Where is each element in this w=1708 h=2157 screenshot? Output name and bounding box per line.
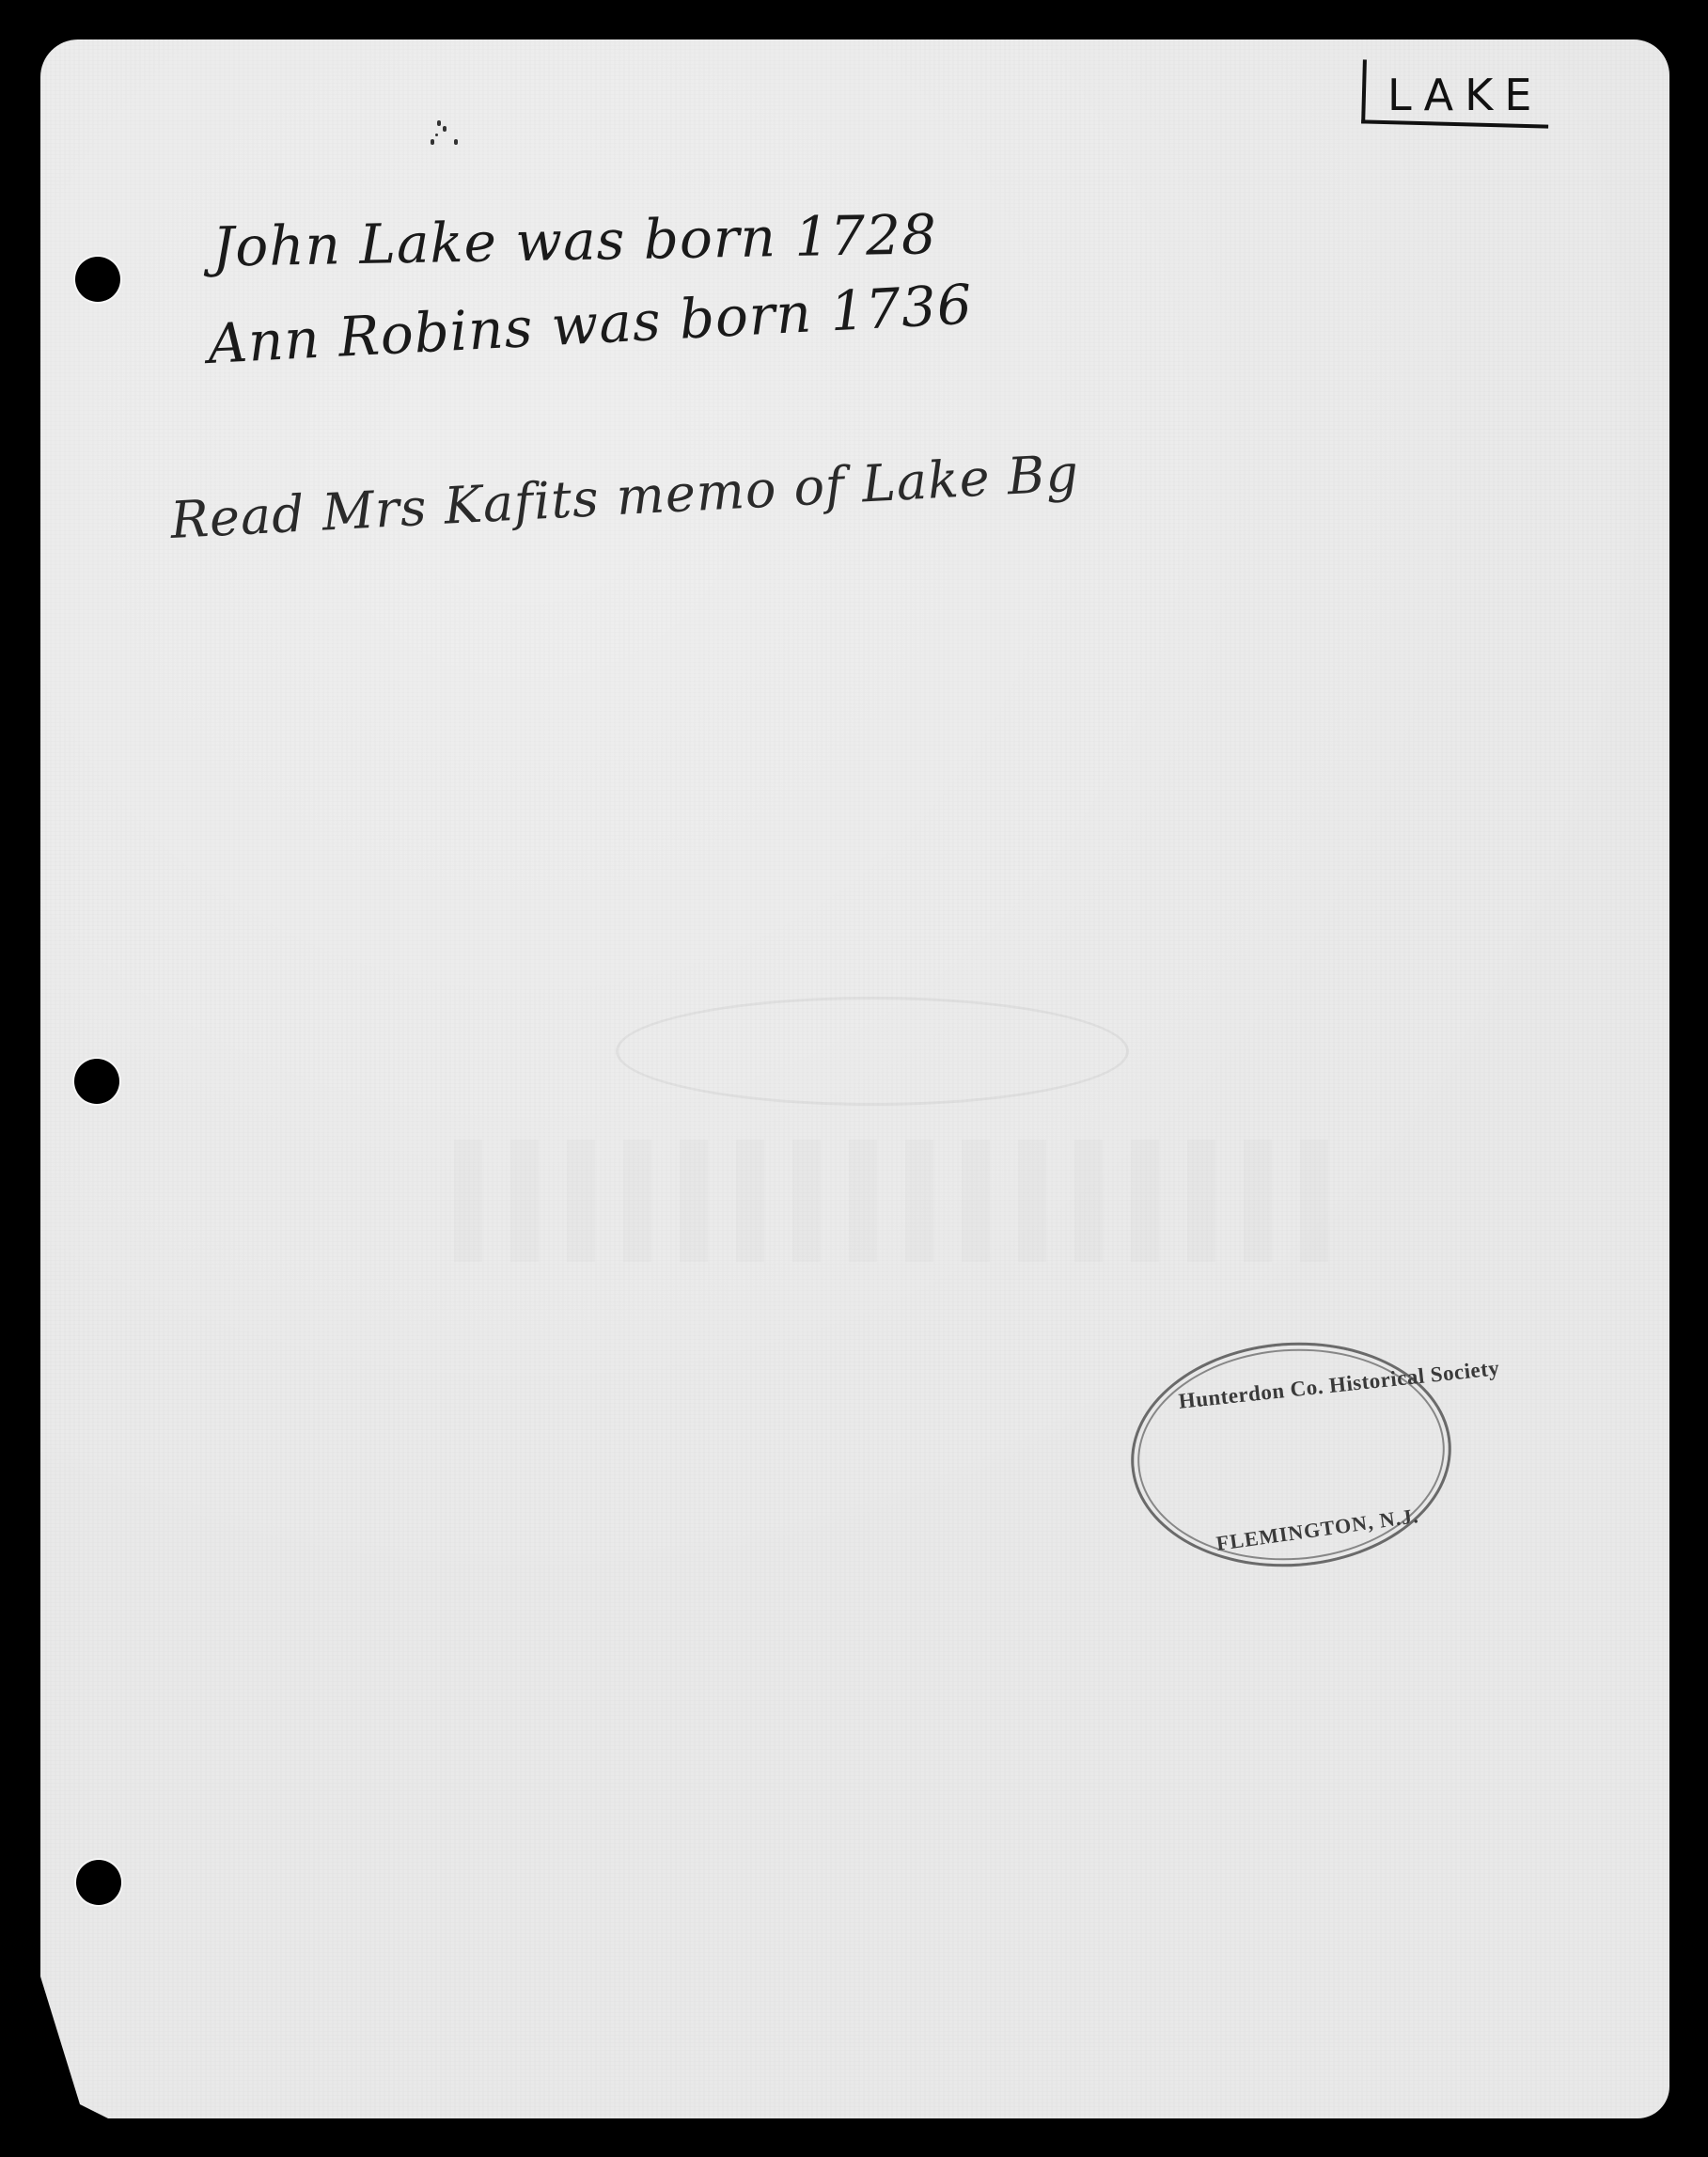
bleed-through-lettering	[454, 1140, 1347, 1262]
handwritten-line-1: John Lake was born 1728	[212, 202, 937, 278]
binder-hole-top	[75, 257, 120, 302]
document-page: LAKE John Lake was born 1728 Ann Robins …	[40, 39, 1669, 2118]
handwritten-line-2: Ann Robins was born 1736	[206, 272, 974, 376]
binder-hole-middle	[74, 1059, 119, 1104]
bleed-through-oval	[616, 997, 1129, 1106]
ink-specks	[426, 117, 463, 154]
handwritten-line-3: Read Mrs Kafits memo of Lake Bg	[169, 443, 1081, 550]
binder-hole-bottom	[76, 1860, 121, 1905]
corner-label: LAKE	[1387, 70, 1543, 120]
